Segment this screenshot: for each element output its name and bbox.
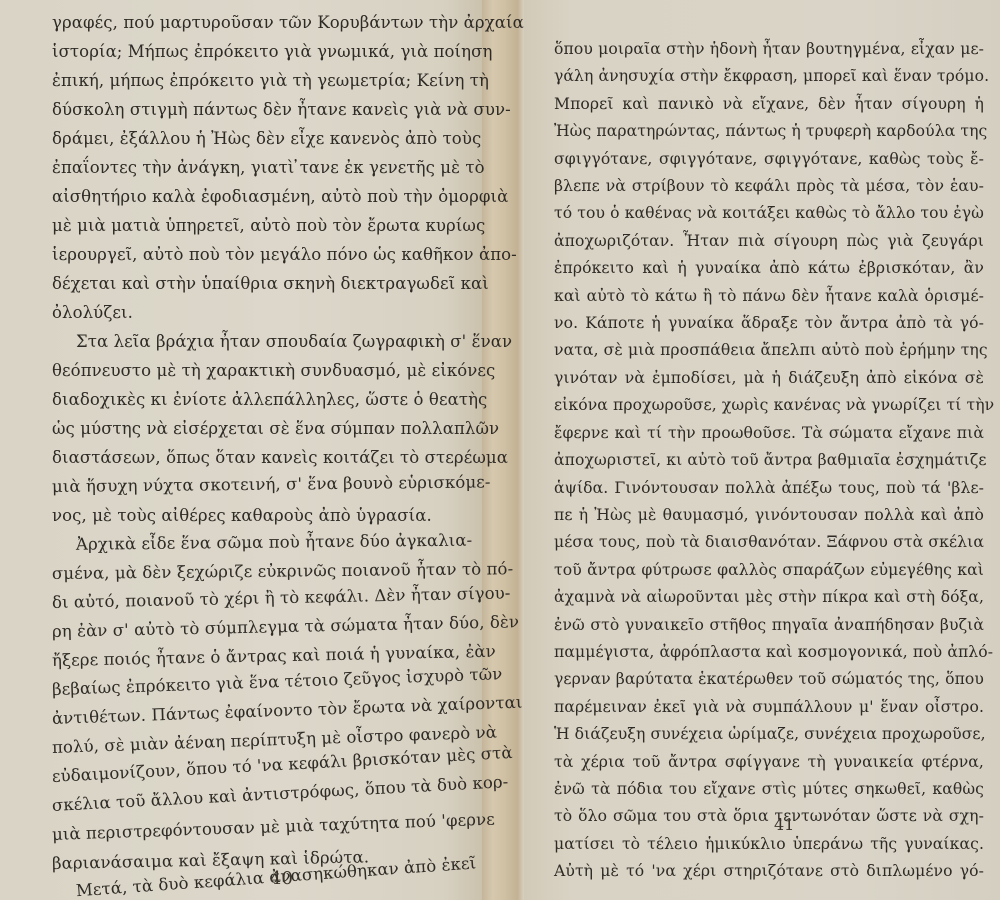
book-spread: γραφές, πού μαρτυροῦσαν τῶν Κορυβάντων τ… <box>0 0 1000 900</box>
text-line: ἱστορία; Μήπως ἐπρόκειτο γιὰ γνωμικά, γι… <box>52 37 472 66</box>
left-page: γραφές, πού μαρτυροῦσαν τῶν Κορυβάντων τ… <box>0 0 482 900</box>
text-line: ὅπου μοιραῖα στὴν ἡδονὴ ἦταν βουτηγμένα,… <box>554 36 984 63</box>
text-line: διαδοχικὲς κι ἐνίοτε ἀλλεπάλληλες, ὥστε … <box>52 385 472 414</box>
text-line: ἀποχωριζόταν. Ἦταν πιὰ σίγουρη πὼς γιὰ ζ… <box>554 228 984 255</box>
text-line: τὸ ὅλο σῶμα του στὰ ὅρια τεντωνόταν ὥστε… <box>554 803 984 830</box>
text-line: ματίσει τὸ τέλειο ἡμικύκλιο ὑπεράνω τῆς … <box>554 831 984 858</box>
text-line: ὀλολύζει. <box>52 298 472 327</box>
text-line: μὲ μιὰ ματιὰ ὑπηρετεῖ, αὐτὸ ποὺ τὸν ἔρωτ… <box>52 211 472 240</box>
text-line: παμμέγιστα, ἀφρόπλαστα καὶ κοσμογονικά, … <box>554 639 984 666</box>
text-line: δράμει, ἐξάλλου ἡ Ἠὼς δὲν εἶχε κανενὸς ἀ… <box>52 124 472 153</box>
text-line: ὡς μύστης νὰ εἰσέρχεται σὲ ἕνα σύμπαν πο… <box>52 414 472 443</box>
text-line: πε ἡ Ἠὼς μὲ θαυμασμό, γινόντουσαν πολλὰ … <box>554 502 984 529</box>
page-number: 40 <box>270 868 293 889</box>
text-line: ἐπική, μήπως ἐπρόκειτο γιὰ τὴ γεωμετρία;… <box>52 66 472 95</box>
text-line: σφιγγότανε, σφιγγότανε, σφιγγότανε, καθὼ… <box>554 146 984 173</box>
text-line: νο. Κάποτε ἡ γυναίκα ἅδραξε τὸν ἄντρα ἀπ… <box>554 310 984 337</box>
text-line: γραφές, πού μαρτυροῦσαν τῶν Κορυβάντων τ… <box>52 8 472 37</box>
text-line: μιὰ ἥσυχη νύχτα σκοτεινή, σ' ἕνα βουνὸ ε… <box>52 468 472 501</box>
text-line: τό του ὁ καθένας νὰ κοιτάξει καθὼς τὸ ἄλ… <box>554 200 984 227</box>
text-line: ἀχαμνὰ νὰ αἰωροῦνται μὲς στὴν πίκρα καὶ … <box>554 584 984 611</box>
text-line: δύσκολη στιγμὴ πάντως δὲν ἦτανε κανεὶς γ… <box>52 95 472 124</box>
text-line: ἐπαΐοντες τὴν ἀνάγκη, γιατὶ ̓τανε ἐκ γεν… <box>52 153 472 182</box>
text-line: Μπορεῖ καὶ πανικὸ νὰ εἴχανε, δὲν ἦταν σί… <box>554 91 984 118</box>
text-line: δέχεται καὶ στὴν ὑπαίθρια σκηνὴ διεκτραγ… <box>52 269 472 298</box>
text-line: γινόταν νὰ ἐμποδίσει, μὰ ἡ διάζευξη ἀπὸ … <box>554 365 984 392</box>
text-line: εἰκόνα προχωροῦσε, χωρὶς κανένας νὰ γνωρ… <box>554 392 984 419</box>
text-line: ἐνῶ στὸ γυναικεῖο στῆθος πηγαῖα ἀναπήδησ… <box>554 612 984 639</box>
text-line: Αὐτὴ μὲ τό 'να χέρι στηριζότανε στὸ διπλ… <box>554 858 984 885</box>
text-line: αἰσθητήριο καλὰ ἐφοδιασμένη, αὐτὸ ποὺ τὴ… <box>52 182 472 211</box>
text-line: τοῦ ἄντρα φύτρωσε φαλλὸς σπαράζων εὐμεγέ… <box>554 557 984 584</box>
text-line: γερναν βαρύτατα ἑκατέρωθεν τοῦ σώματός τ… <box>554 666 984 693</box>
text-line: ἐπρόκειτο καὶ ἡ γυναίκα ἀπὸ κάτω ἐβρισκό… <box>554 255 984 282</box>
text-line: ἔφερνε καὶ τί τὴν προωθοῦσε. Τὰ σώματα ε… <box>554 420 984 447</box>
text-line: Ἠὼς παρατηρώντας, πάντως ἡ τρυφερὴ καρδο… <box>554 118 984 145</box>
paragraph-start-line: Ἀρχικὰ εἶδε ἕνα σῶμα ποὺ ἦτανε δύο ἀγκαλ… <box>52 526 472 559</box>
text-line: ἀποχωριστεῖ, κι αὐτὸ τοῦ ἄντρα βαθμιαῖα … <box>554 447 984 474</box>
text-line: Ἡ διάζευξη συνέχεια ὡρίμαζε, συνέχεια πρ… <box>554 721 984 748</box>
text-line: μέσα τους, ποὺ τὰ διαισθανόταν. Ξάφνου σ… <box>554 529 984 556</box>
text-line: παρέμειναν ἐκεῖ γιὰ νὰ συμπάλλουν μ' ἕνα… <box>554 694 984 721</box>
text-line: βλεπε νὰ στρίβουν τὸ κεφάλι πρὸς τὰ μέσα… <box>554 173 984 200</box>
right-page-text: ὅπου μοιραῖα στὴν ἡδονὴ ἦταν βουτηγμένα,… <box>554 36 984 886</box>
text-line: νατα, σὲ μιὰ προσπάθεια ἄπελπι αὐτὸ ποὺ … <box>554 337 984 364</box>
text-line: ἐνῶ τὰ πόδια του εἴχανε στὶς μύτες σηκωθ… <box>554 776 984 803</box>
text-line: γάλη ἀνησυχία στὴν ἔκφραση, μπορεῖ καὶ ἕ… <box>554 63 984 90</box>
text-line: ἱερουργεῖ, αὐτὸ ποὺ τὸν μεγάλο πόνο ὡς κ… <box>52 240 472 269</box>
right-page: ὅπου μοιραῖα στὴν ἡδονὴ ἦταν βουτηγμένα,… <box>524 0 1000 900</box>
text-line: τὰ χέρια τοῦ ἄντρα σφίγγανε τὴ γυναικεία… <box>554 749 984 776</box>
paragraph-start-line: Στα λεῖα βράχια ἦταν σπουδαία ζωγραφικὴ … <box>52 327 472 356</box>
page-number: 41 <box>774 815 794 834</box>
text-line: καὶ αὐτὸ τὸ κάτω ἢ τὸ πάνω δὲν ἦτανε καλ… <box>554 283 984 310</box>
left-page-text: γραφές, πού μαρτυροῦσαν τῶν Κορυβάντων τ… <box>52 8 472 900</box>
text-line: θεόπνευστο μὲ τὴ χαρακτικὴ συνδυασμό, μὲ… <box>52 356 472 385</box>
text-line: ἁψίδα. Γινόντουσαν πολλὰ ἀπέξω τους, ποὺ… <box>554 475 984 502</box>
